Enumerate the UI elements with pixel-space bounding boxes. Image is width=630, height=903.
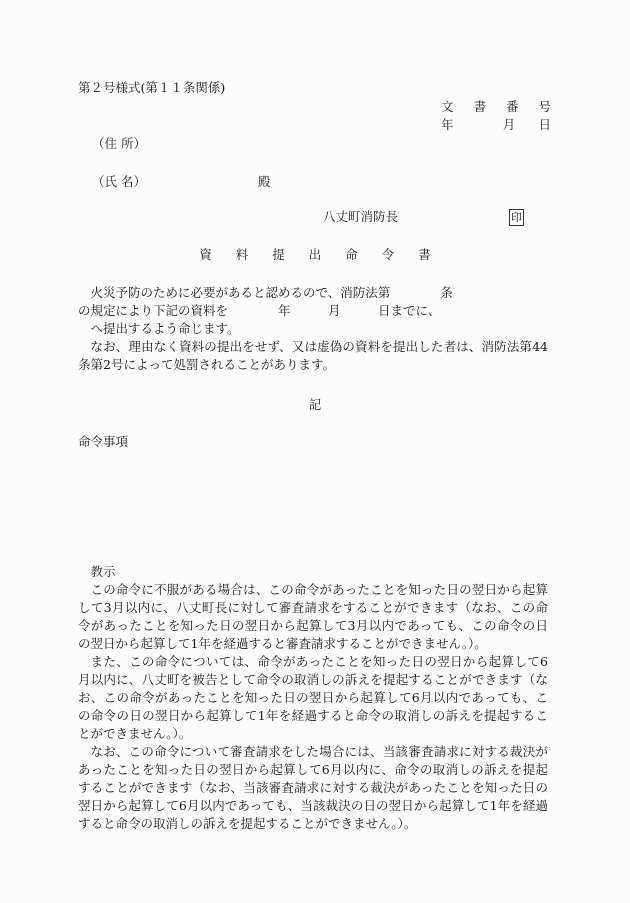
title-char: 資	[199, 246, 212, 264]
issuer: 八丈町消防長	[323, 208, 398, 226]
title-char: 命	[345, 246, 358, 264]
date-year: 年	[441, 116, 454, 134]
instruction-section: 教示 この命令に不服がある場合は、この命令があったことを知った日の翌日から起算し…	[78, 563, 548, 833]
instruction-heading: 教示	[78, 563, 548, 581]
doc-number-char: 文	[441, 98, 454, 116]
name-label: （氏 名）	[92, 173, 146, 191]
seal-mark: 印	[509, 209, 524, 226]
document-number: 文 書 番 号	[441, 98, 551, 116]
honorific: 殿	[258, 173, 271, 191]
body-line-4: なお、理由なく資料の提出をせず、又は虚偽の資料を提出した者は、消防法第44条第2…	[78, 338, 548, 374]
date-day: 日	[538, 116, 551, 134]
doc-number-char: 号	[538, 98, 551, 116]
order-body: 火災予防のために必要があると認めるので、消防法第 条 の規定により下記の資料を …	[78, 284, 548, 374]
order-items-label: 命令事項	[78, 433, 128, 451]
document-date: 年 月 日	[441, 116, 551, 134]
doc-number-char: 番	[506, 98, 519, 116]
instruction-paragraph-1: この命令に不服がある場合は、この命令があったことを知った日の翌日から起算して3月…	[78, 581, 548, 653]
ki-heading: 記	[0, 396, 630, 414]
title-char: 出	[309, 246, 322, 264]
date-month: 月	[503, 116, 516, 134]
instruction-paragraph-2: また、この命令については、命令があったことを知った日の翌日から起算して6月以内に…	[78, 653, 548, 743]
body-line-2: の規定により下記の資料を 年 月 日までに、	[78, 302, 548, 320]
body-line-3: へ提出するよう命じます。	[78, 320, 548, 338]
title-char: 提	[272, 246, 285, 264]
form-label: 第２号様式(第１１条関係)	[78, 79, 225, 97]
title-char: 料	[236, 246, 249, 264]
title-char: 書	[418, 246, 431, 264]
instruction-paragraph-3: なお、この命令について審査請求をした場合には、当該審査請求に対する裁決があったこ…	[78, 743, 548, 833]
address-label: （住 所）	[92, 135, 146, 153]
doc-number-char: 書	[473, 98, 486, 116]
document-title: 資 料 提 出 命 令 書	[0, 246, 630, 264]
body-line-1: 火災予防のために必要があると認めるので、消防法第 条	[78, 284, 548, 302]
title-char: 令	[382, 246, 395, 264]
